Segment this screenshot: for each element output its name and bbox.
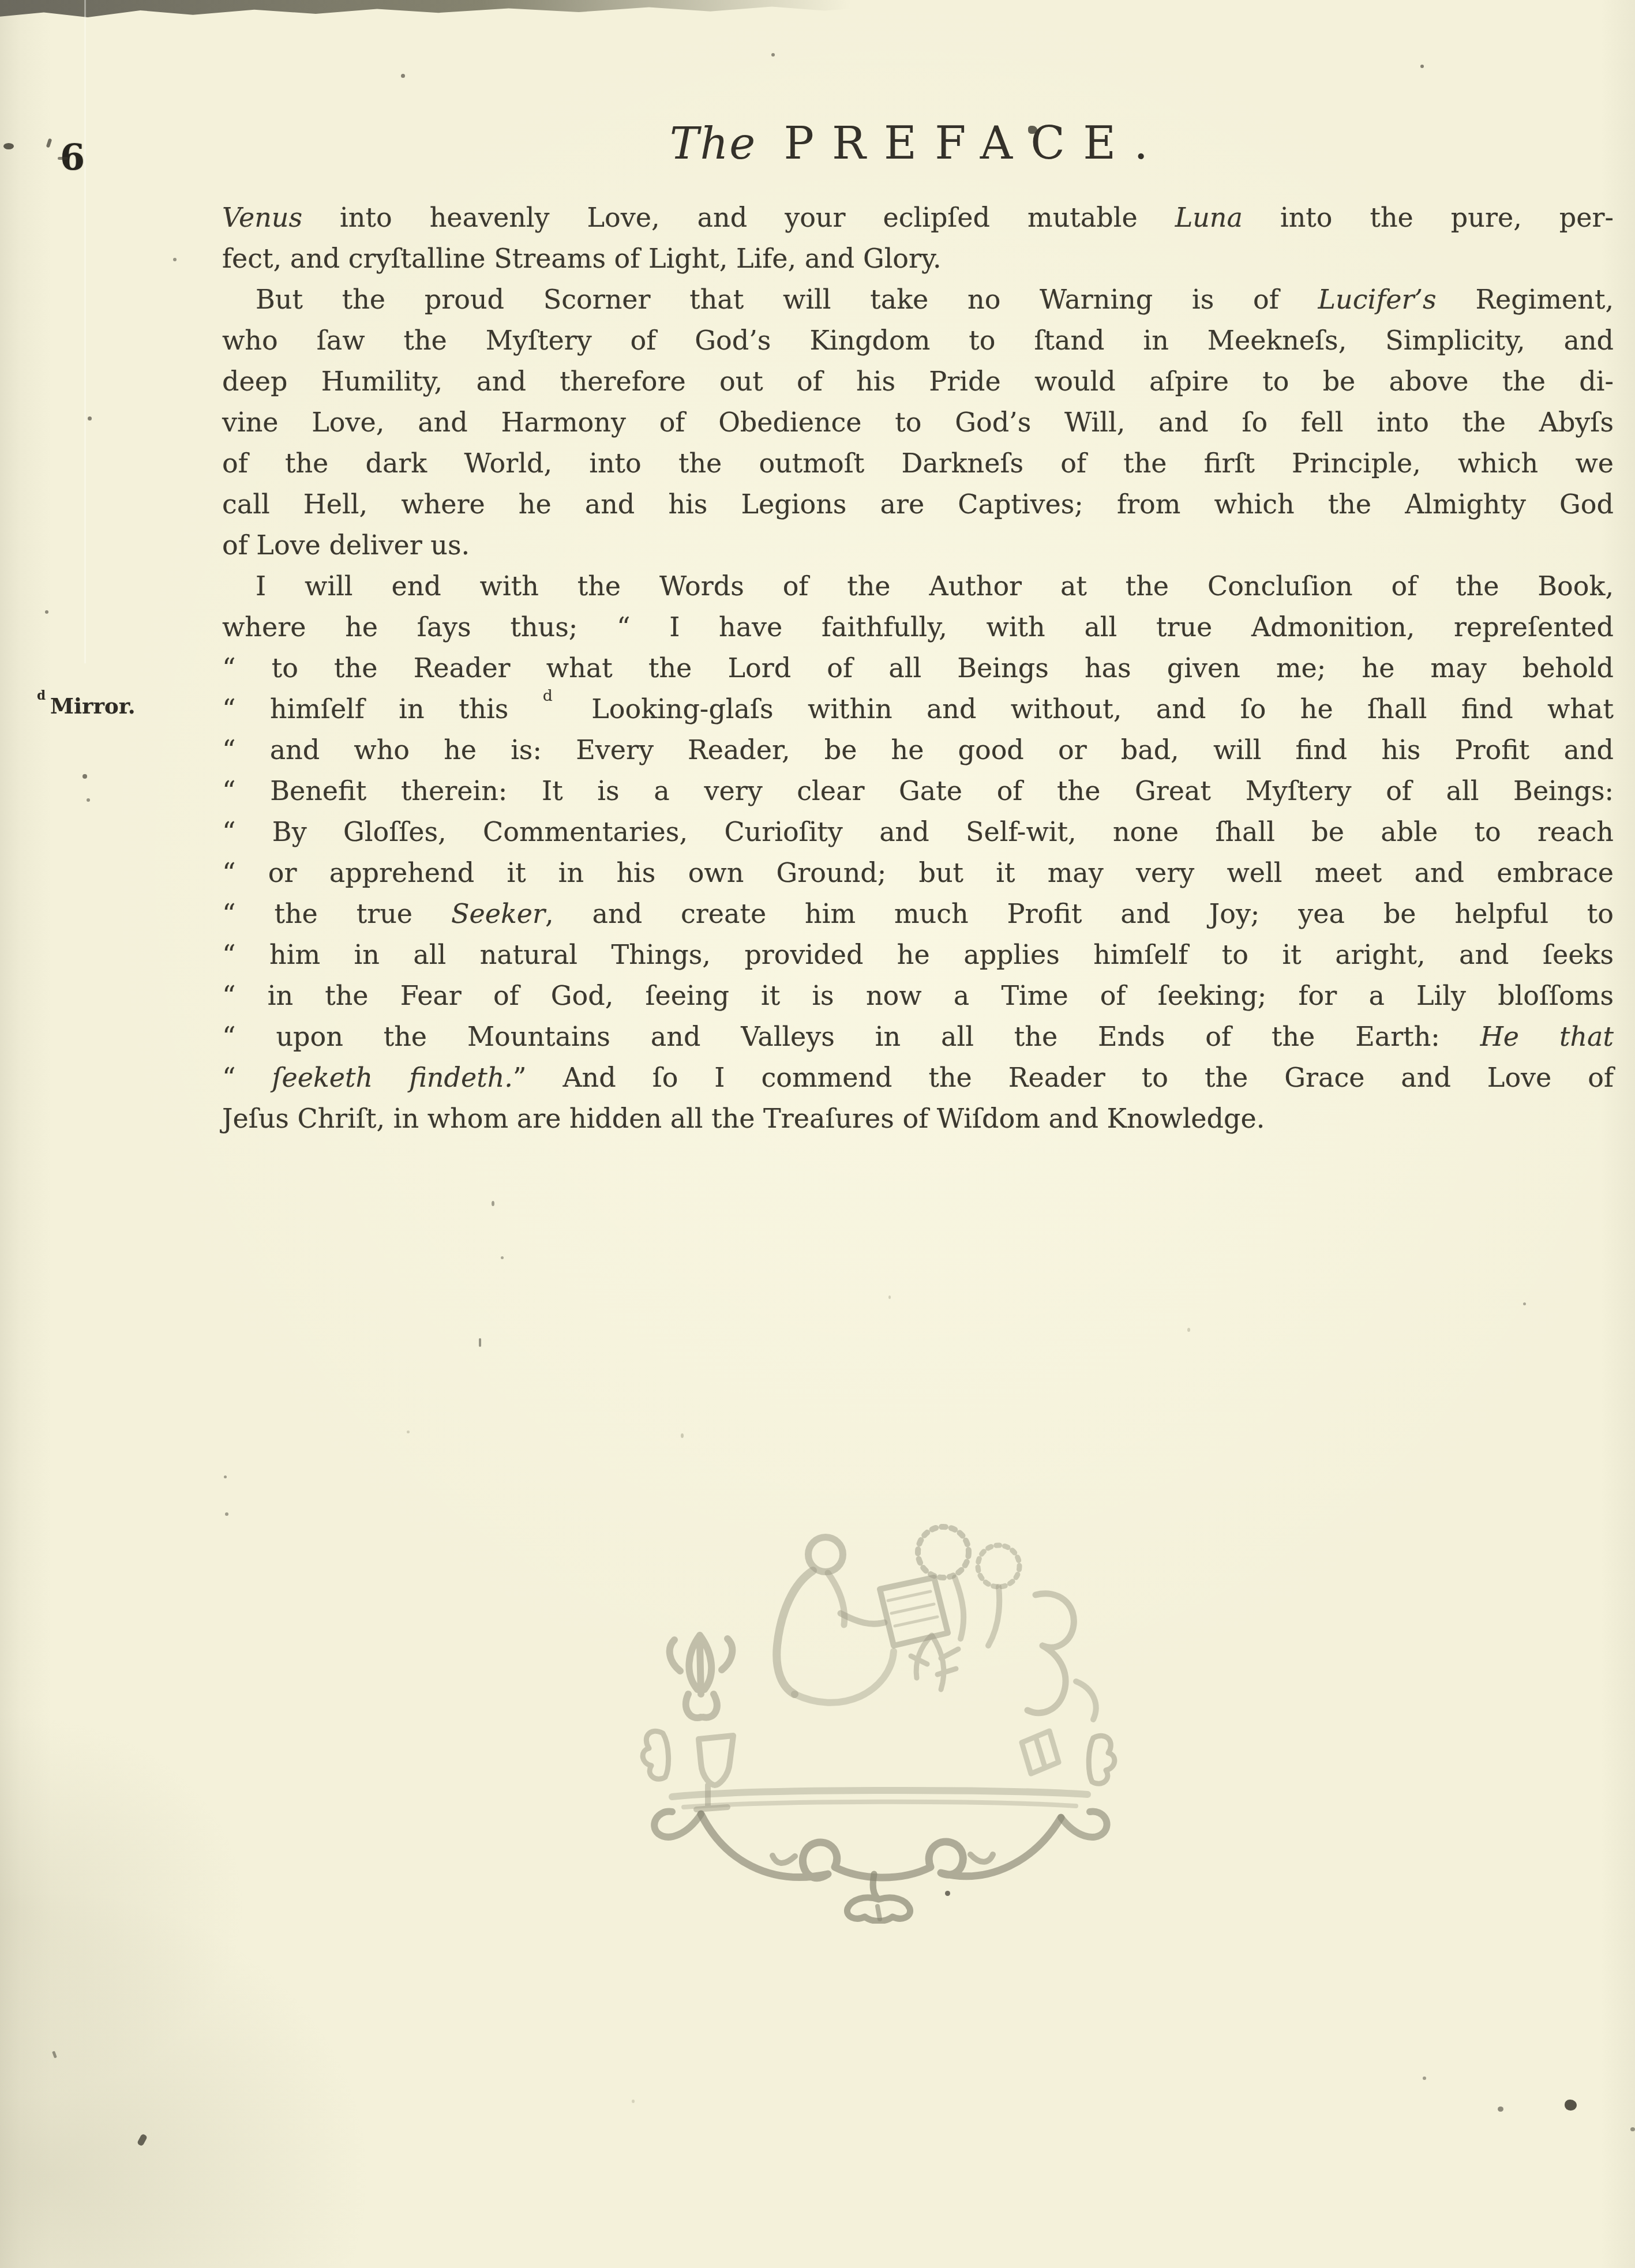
ink-speck [46,138,52,148]
text-line: of Love deliver us. [222,525,1614,566]
margin-note: dMirror. [37,693,210,719]
header-word-the: The [670,118,757,169]
margin-note-text: Mirror. [50,693,136,719]
text-line: “ By Gloſſes, Commentaries, Curioſity an… [222,812,1614,853]
margin-note-marker: d [37,689,46,703]
ink-speck [945,1891,950,1896]
page-crease [84,0,86,663]
ink-speck [1523,1302,1526,1305]
text-line: “ him in all natural Things, provided he… [222,934,1614,975]
ink-speck [1423,2077,1426,2080]
text-line: But the proud Scorner that will take no … [222,279,1614,320]
text-line: “ and who he is: Every Reader, be he goo… [222,730,1614,771]
text-line: fect, and cryſtalline Streams of Light, … [222,238,1614,279]
ink-speck [1420,65,1424,68]
ink-speck [1630,2127,1635,2131]
book-page-scan: 6 The PREFACE. dMirror. Venus into heave… [0,0,1635,2268]
printers-ornament-graphic [632,1491,1128,1924]
text-line: “ the true Seeker, and create him much P… [222,893,1614,934]
text-line: “ or apprehend it in his own Ground; but… [222,853,1614,893]
paper-fleck [888,1296,891,1299]
paper-fleck [407,1430,410,1433]
ink-speck [58,157,68,160]
ink-speck [137,2134,148,2147]
ink-speck [45,610,48,614]
text-line: of the dark World, into the outmoſt Dark… [222,443,1614,484]
text-line: Venus into heavenly Love, and your eclip… [222,197,1614,238]
text-line: Jeſus Chriſt, in whom are hidden all the… [222,1098,1614,1139]
ink-speck [1028,126,1037,134]
ink-speck [82,774,87,779]
text-line: I will end with the Words of the Author … [222,566,1614,607]
body-text: Venus into heavenly Love, and your eclip… [222,197,1614,1139]
paper-fleck [1187,1328,1190,1332]
paper-fleck [632,2100,635,2103]
text-line: “ himſelf in this d Looking-glaſs within… [222,689,1614,730]
text-line: call Hell, where he and his Legions are … [222,484,1614,525]
header-title: PREFACE. [783,118,1166,170]
ink-speck [3,143,14,149]
text-line: “ upon the Mountains and Valleys in all … [222,1016,1614,1057]
page-header: The PREFACE. [222,118,1614,170]
ink-speck [224,1475,227,1478]
text-line: “ in the Fear of God, ſeeing it is now a… [222,975,1614,1016]
ink-speck [173,258,177,261]
ink-speck [88,416,92,420]
ink-speck [479,1338,481,1347]
text-line: who ſaw the Myſtery of God’s Kingdom to … [222,320,1614,361]
ink-speck [52,2051,57,2059]
text-line: “ ſeeketh findeth.” And ſo I commend the… [222,1057,1614,1098]
ink-speck [401,74,405,78]
ink-speck [501,1256,504,1259]
scan-edge-artifact [0,0,877,17]
text-line: deep Humility, and therefore out of his … [222,361,1614,402]
ink-speck [1498,2106,1503,2112]
ink-speck [225,1512,228,1516]
text-line: vine Love, and Harmony of Obedience to G… [222,402,1614,443]
ink-speck [492,1201,494,1206]
ink-speck [1565,2100,1577,2111]
text-line: where he ſays thus; “ I have faithfully,… [222,607,1614,648]
ink-speck [771,53,775,57]
ink-speck [87,798,90,802]
paper-fleck [681,1433,684,1438]
text-line: “ Benefit therein: It is a very clear Ga… [222,771,1614,812]
text-line: “ to the Reader what the Lord of all Bei… [222,648,1614,689]
